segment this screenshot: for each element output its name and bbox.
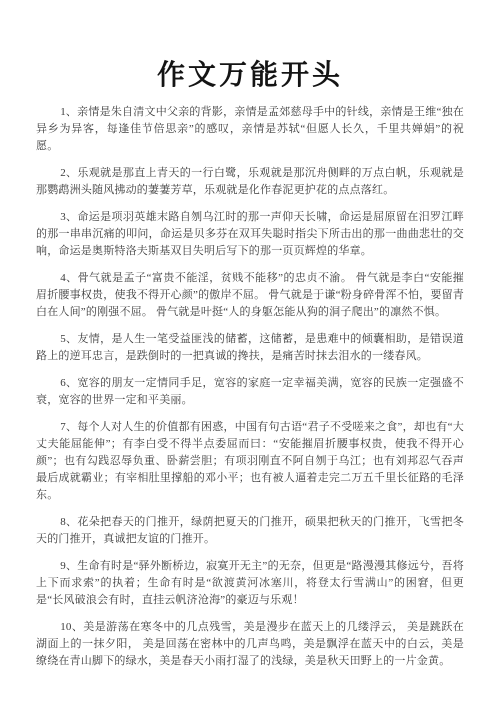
paragraph-1: 1、亲情是朱自清文中父亲的背影，亲情是孟郊慈母手中的针线，亲情是王维“独在异乡为… — [36, 104, 464, 155]
paragraph-9: 9、生命有时是“驿外断桥边，寂寞开无主”的无奈，但更是“路漫漫其修远兮，吾将上下… — [36, 558, 464, 609]
paragraph-7: 7、每个人对人生的价值都有困惑，中国有句古语“君子不受嗟来之食”，却也有“大丈夫… — [36, 419, 464, 504]
document-page: 作文万能开头 1、亲情是朱自清文中父亲的背影，亲情是孟郊慈母手中的针线，亲情是王… — [0, 0, 500, 707]
paragraph-6: 6、宽容的朋友一定情同手足，宽容的家庭一定幸福美满，宽容的民族一定强盛不衰，宽容… — [36, 375, 464, 409]
page-title: 作文万能开头 — [36, 58, 464, 92]
paragraph-5: 5、友情，是人生一笔受益匪浅的储蓄，这储蓄，是患难中的倾囊相助，是错误道路上的逆… — [36, 331, 464, 365]
paragraph-4: 4、骨气就是孟子“富贵不能淫，贫贱不能移”的忠贞不渝。 骨气就是李白“安能摧眉折… — [36, 270, 464, 321]
paragraph-10: 10、美是游荡在寒冬中的几点残雪，美是漫步在蓝天上的几缕浮云， 美是跳跃在湖面上… — [36, 619, 464, 670]
paragraph-8: 8、花朵把春天的门推开，绿荫把夏天的门推开，硕果把秋天的门推开，飞雪把冬天的门推… — [36, 514, 464, 548]
paragraph-3: 3、命运是项羽英雄末路自刎乌江时的那一声仰天长啸，命运是屈原留在汨罗江畔的那一串… — [36, 209, 464, 260]
paragraph-2: 2、乐观就是那直上青天的一行白鹭，乐观就是那沉舟侧畔的万点白帆，乐观就是那鹦鹉洲… — [36, 165, 464, 199]
